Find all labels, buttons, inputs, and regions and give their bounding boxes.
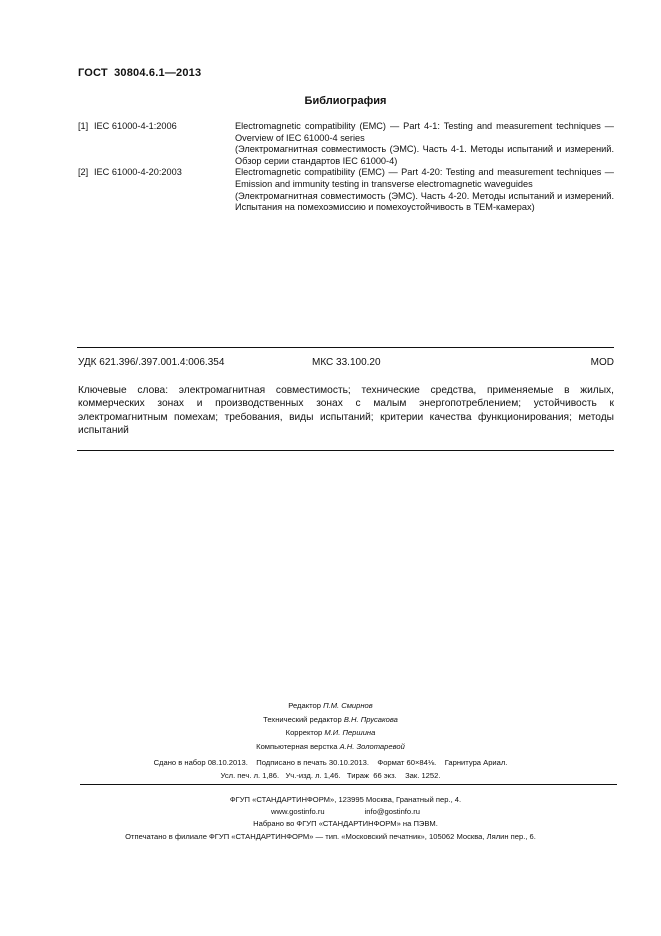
publisher-website[interactable]: www.gostinfo.ru <box>271 807 325 816</box>
publisher-printed: Отпечатано в филиале ФГУП «СТАНДАРТИНФОР… <box>0 831 661 843</box>
entry-number: [1] <box>78 121 94 167</box>
keywords: Ключевые слова: электромагнитная совмест… <box>78 384 614 437</box>
entry-title-ru: (Электромагнитная совместимость (ЭМС). Ч… <box>235 191 614 214</box>
footer-divider <box>80 784 617 785</box>
bibliography-title: Библиография <box>0 95 661 107</box>
entry-title-en: Electromagnetic compatibility (EMC) — Pa… <box>235 121 614 144</box>
entry-description: Electromagnetic compatibility (EMC) — Pa… <box>235 121 614 167</box>
publisher-info: ФГУП «СТАНДАРТИНФОРМ», 123995 Москва, Гр… <box>0 794 661 843</box>
print-info: Сдано в набор 08.10.2013. Подписано в пе… <box>0 757 661 782</box>
print-info-line1: Сдано в набор 08.10.2013. Подписано в пе… <box>0 757 661 770</box>
entry-reference: IEC 61000-4-20:2003 <box>94 167 235 213</box>
publisher-contacts: www.gostinfo.ruinfo@gostinfo.ru <box>0 806 661 818</box>
mks-code: МКС 33.100.20 <box>312 357 381 368</box>
mod-label: MOD <box>591 357 614 368</box>
document-code: ГОСТ 30804.6.1—2013 <box>78 67 201 79</box>
publisher-email[interactable]: info@gostinfo.ru <box>365 807 420 816</box>
entry-description: Electromagnetic compatibility (EMC) — Pa… <box>235 167 614 213</box>
credit-tech-editor: Технический редактор В.Н. Прусакова <box>0 713 661 727</box>
credit-editor: Редактор П.М. Смирнов <box>0 699 661 713</box>
publisher-address: ФГУП «СТАНДАРТИНФОРМ», 123995 Москва, Гр… <box>0 794 661 806</box>
credit-layout: Компьютерная верстка А.Н. Золотаревой <box>0 740 661 754</box>
divider-bottom <box>77 450 614 451</box>
bibliography-list: [1] IEC 61000-4-1:2006 Electromagnetic c… <box>78 121 614 214</box>
entry-title-en: Electromagnetic compatibility (EMC) — Pa… <box>235 167 614 190</box>
divider-top <box>77 347 614 348</box>
udc-code: УДК 621.396/.397.001.4:006.354 <box>78 357 224 368</box>
entry-title-ru: (Электромагнитная совместимость (ЭМС). Ч… <box>235 144 614 167</box>
entry-reference: IEC 61000-4-1:2006 <box>94 121 235 167</box>
bibliography-entry: [1] IEC 61000-4-1:2006 Electromagnetic c… <box>78 121 614 167</box>
print-info-line2: Усл. печ. л. 1,86. Уч.-изд. л. 1,46. Тир… <box>0 770 661 783</box>
publisher-typeset: Набрано во ФГУП «СТАНДАРТИНФОРМ» на ПЭВМ… <box>0 818 661 830</box>
entry-number: [2] <box>78 167 94 213</box>
bibliography-entry: [2] IEC 61000-4-20:2003 Electromagnetic … <box>78 167 614 213</box>
credits: Редактор П.М. Смирнов Технический редакт… <box>0 699 661 753</box>
credit-proofreader: Корректор М.И. Першина <box>0 726 661 740</box>
